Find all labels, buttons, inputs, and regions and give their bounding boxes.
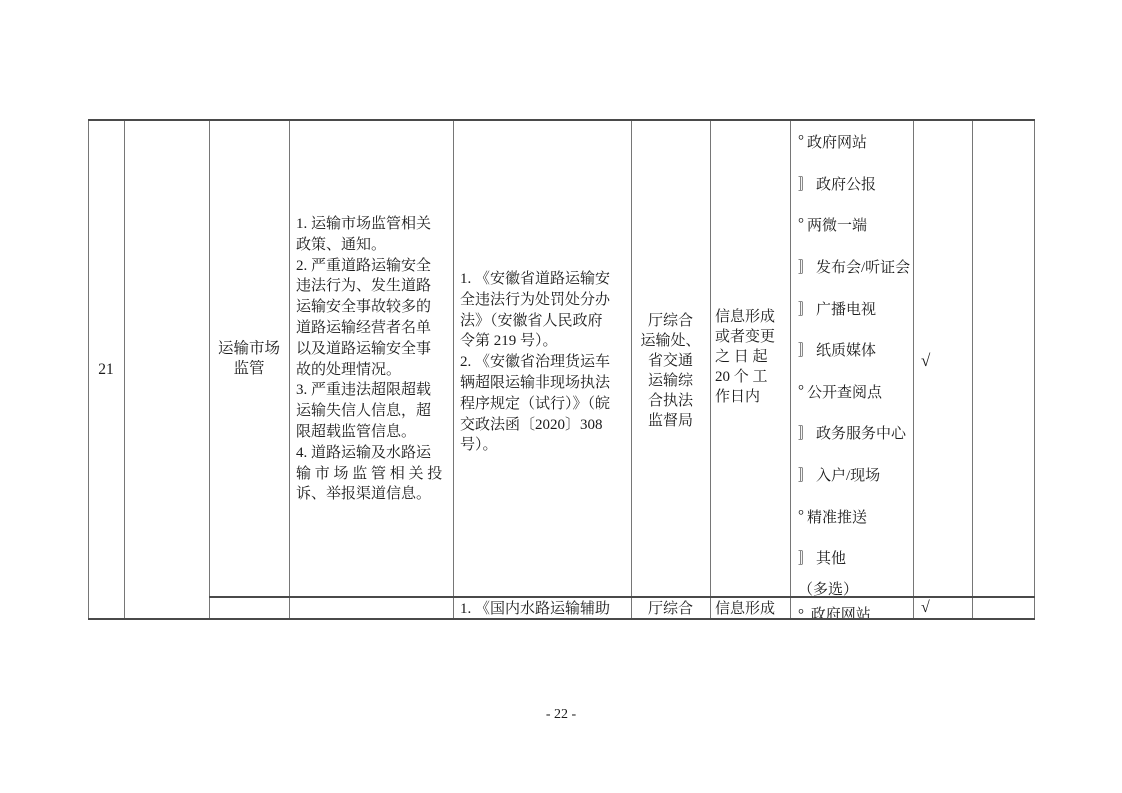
channel-label: 政府公报 <box>816 173 876 194</box>
channel-label: 广播电视 <box>816 298 876 319</box>
channel-item: 〛 其他 <box>790 537 913 579</box>
item-name-cell-next <box>209 599 289 618</box>
content-text: 1. 运输市场监管相关 政策、通知。 2. 严重道路运输安全 违法行为、发生道路… <box>296 214 448 505</box>
checkbox-glyph: 〛 <box>798 464 813 485</box>
channel-label: 政府网站 <box>807 131 867 152</box>
channel-item: ° 政府网站 <box>790 121 913 163</box>
serial-number: 21 <box>98 361 114 379</box>
channel-item: ° 两微一端 <box>790 204 913 246</box>
department-cell-next: 厅综合 <box>631 599 710 618</box>
checkbox-glyph: 〛 <box>798 173 813 194</box>
channel-item: ° 精准推送 <box>790 495 913 537</box>
channel-item: 〛 广播电视 <box>790 287 913 329</box>
channel-item: 〛 入户/现场 <box>790 454 913 496</box>
channel-item: 〛 发布会/听证会 <box>790 246 913 288</box>
department-text-next: 厅综合 <box>631 601 710 617</box>
checkbox-glyph: 〛 <box>798 298 813 319</box>
checkbox-glyph: ° <box>798 383 804 400</box>
checkbox-glyph: 〛 <box>798 256 813 277</box>
channel-label: 政府网站 <box>811 607 871 618</box>
timeliness-cell-next: 信息形成 <box>710 599 790 618</box>
checkbox-glyph: ° <box>798 508 804 525</box>
check-mark: √ <box>921 351 930 371</box>
content-cell: 1. 运输市场监管相关 政策、通知。 2. 严重道路运输安全 违法行为、发生道路… <box>289 121 453 596</box>
reserved-cell-empty <box>972 121 1035 596</box>
timeliness-text: 信息形成 或者变更 之 日 起 20 个 工 作日内 <box>715 307 785 407</box>
serial-cell: 21 <box>88 121 124 618</box>
channel-item: 〛 纸质媒体 <box>790 329 913 371</box>
department-text: 厅综合 运输处、 省交通 运输综 合执法 监督局 <box>631 311 710 431</box>
legal-basis-cell: 1. 《安徽省道路运输安 全违法行为处罚处分办 法》（安徽省人民政府 令第 21… <box>453 121 631 596</box>
checkbox-glyph: 〛 <box>798 422 813 443</box>
timeliness-text-next: 信息形成 <box>715 601 790 617</box>
item-name-cell: 运输市场 监管 <box>209 121 289 596</box>
document-page: { "page": { "number": "- 22 -" }, "color… <box>0 0 1122 793</box>
public-mark-cell: √ <box>913 121 972 596</box>
category-cell-empty <box>124 121 209 618</box>
legal-basis-text: 1. 《安徽省道路运输安 全违法行为处罚处分办 法》（安徽省人民政府 令第 21… <box>460 269 626 456</box>
checkbox-glyph: 〛 <box>798 547 813 568</box>
channel-label: 纸质媒体 <box>816 339 876 360</box>
table-bottom-border <box>88 618 1035 620</box>
checkbox-glyph: 〛 <box>798 339 813 360</box>
checkbox-glyph: ° <box>798 133 804 150</box>
channel-label: 精准推送 <box>807 506 867 527</box>
channel-label: 两微一端 <box>807 214 867 235</box>
info-disclosure-table: 21 运输市场 监管 1. 运输市场监管相关 政策、通知。 2. 严重道路运输安… <box>88 119 1035 620</box>
channels-multi-select-note: （多选） <box>790 579 913 596</box>
item-name: 运输市场 监管 <box>218 339 280 379</box>
legal-basis-cell-next: 1. 《国内水路运输辅助 <box>453 599 631 618</box>
legal-basis-text-next: 1. 《国内水路运输辅助 <box>460 601 631 617</box>
public-mark-cell-next: √ <box>913 599 972 618</box>
channel-label: 政务服务中心 <box>816 422 906 443</box>
channel-label: 发布会/听证会 <box>816 256 910 277</box>
channels-cell-next: ° 政府网站 <box>790 599 913 618</box>
row-divider-line <box>209 596 1035 598</box>
channel-item: ° 公开查阅点 <box>790 371 913 413</box>
reserved-cell-next-empty <box>972 599 1035 618</box>
check-mark: √ <box>921 599 930 616</box>
channel-label: 其他 <box>816 547 846 568</box>
channels-cell: ° 政府网站 〛 政府公报 ° 两微一端 〛 发布会/听证会 〛 广播电视 〛 … <box>790 121 913 596</box>
channel-item: 〛 政府公报 <box>790 163 913 205</box>
channel-item: ° 政府网站 <box>790 607 913 618</box>
department-cell: 厅综合 运输处、 省交通 运输综 合执法 监督局 <box>631 121 710 596</box>
channel-label: 公开查阅点 <box>807 381 882 402</box>
timeliness-cell: 信息形成 或者变更 之 日 起 20 个 工 作日内 <box>710 121 790 596</box>
channel-label: 入户/现场 <box>816 464 880 485</box>
checkbox-glyph: ° <box>798 607 804 618</box>
content-cell-next <box>289 599 453 618</box>
channel-item: 〛 政务服务中心 <box>790 412 913 454</box>
checkbox-glyph: ° <box>798 216 804 233</box>
page-number: - 22 - <box>0 707 1122 723</box>
